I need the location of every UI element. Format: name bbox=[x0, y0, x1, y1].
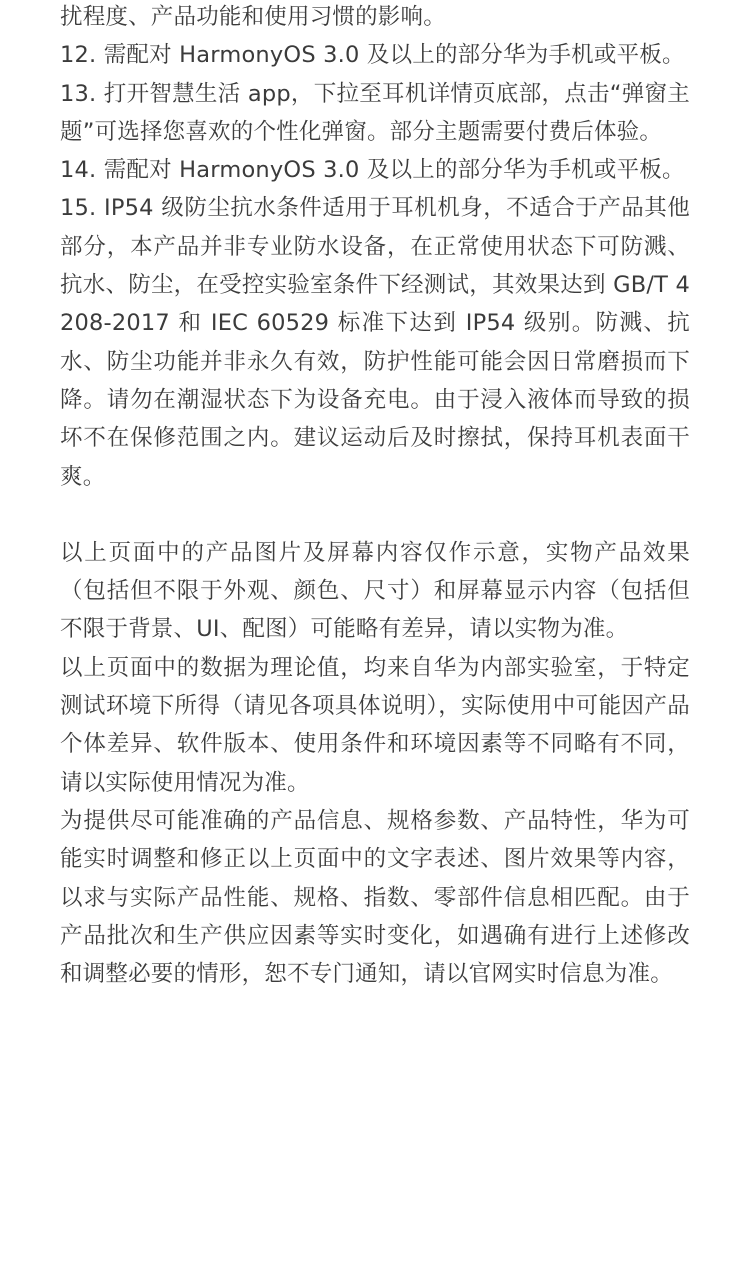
note-item-13: 13. 打开智慧生活 app，下拉至耳机详情页底部，点击“弹窗主题”可选择您喜欢… bbox=[60, 75, 690, 152]
disclaimer-section: 以上页面中的产品图片及屏幕内容仅作示意，实物产品效果（包括但不限于外观、颜色、尺… bbox=[60, 534, 690, 994]
disclaimer-updates: 为提供尽可能准确的产品信息、规格参数、产品特性，华为可能实时调整和修正以上页面中… bbox=[60, 802, 690, 993]
notes-section: 扰程度、产品功能和使用习惯的影响。 12. 需配对 HarmonyOS 3.0 … bbox=[60, 0, 690, 496]
note-item-15: 15. IP54 级防尘抗水条件适用于耳机机身，不适合于产品其他部分，本产品并非… bbox=[60, 189, 690, 495]
disclaimer-images: 以上页面中的产品图片及屏幕内容仅作示意，实物产品效果（包括但不限于外观、颜色、尺… bbox=[60, 534, 690, 649]
note-item-12: 12. 需配对 HarmonyOS 3.0 及以上的部分华为手机或平板。 bbox=[60, 36, 690, 74]
note-item-11-continuation: 扰程度、产品功能和使用习惯的影响。 bbox=[60, 0, 690, 36]
note-item-14: 14. 需配对 HarmonyOS 3.0 及以上的部分华为手机或平板。 bbox=[60, 151, 690, 189]
disclaimer-data: 以上页面中的数据为理论值，均来自华为内部实验室，于特定测试环境下所得（请见各项具… bbox=[60, 649, 690, 802]
section-spacer bbox=[60, 496, 690, 534]
footnotes-document: 扰程度、产品功能和使用习惯的影响。 12. 需配对 HarmonyOS 3.0 … bbox=[60, 0, 690, 993]
